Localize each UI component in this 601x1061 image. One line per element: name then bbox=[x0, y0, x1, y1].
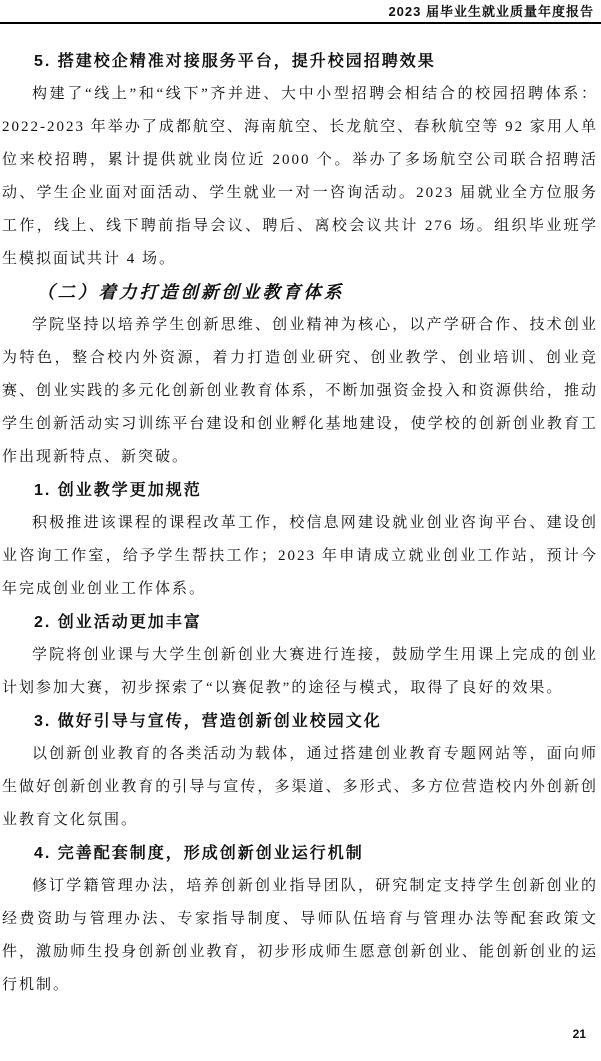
section-heading-innovation-education: （二）着力打造创新创业教育体系 bbox=[2, 276, 598, 309]
paragraph-competition-link: 学院将创业课与大学生创新创业大赛进行连接，鼓励学生用课上完成的创业计划参加大赛，… bbox=[2, 639, 598, 705]
header-title: 2023 届毕业生就业质量年度报告 bbox=[388, 4, 594, 19]
document-content: 5. 搭建校企精准对接服务平台，提升校园招聘效果 构建了“线上”和“线下”齐并进… bbox=[2, 45, 598, 1002]
heading-3-guidance-publicity: 3. 做好引导与宣传，营造创新创业校园文化 bbox=[2, 705, 598, 738]
page-number: 21 bbox=[573, 1027, 586, 1041]
page-footer: 21 bbox=[573, 1027, 586, 1041]
heading-5-campus-recruitment: 5. 搭建校企精准对接服务平台，提升校园招聘效果 bbox=[2, 45, 598, 78]
document-page: 2023 届毕业生就业质量年度报告 5. 搭建校企精准对接服务平台，提升校园招聘… bbox=[0, 0, 601, 1061]
paragraph-recruitment-system: 构建了“线上”和“线下”齐并进、大中小型招聘会相结合的校园招聘体系：2022-2… bbox=[2, 78, 598, 276]
heading-4-supporting-system: 4. 完善配套制度，形成创新创业运行机制 bbox=[2, 837, 598, 870]
heading-2-activities-richer: 2. 创业活动更加丰富 bbox=[2, 606, 598, 639]
paragraph-teaching-reform: 积极推进该课程的课程改革工作，校信息网建设就业创业咨询平台、建设创业咨询工作室，… bbox=[2, 507, 598, 606]
page-header: 2023 届毕业生就业质量年度报告 bbox=[0, 4, 594, 20]
paragraph-innovation-overview: 学院坚持以培养学生创新思维、创业精神为核心，以产学研合作、技术创业为特色，整合校… bbox=[2, 309, 598, 474]
paragraph-campus-culture: 以创新创业教育的各类活动为载体，通过搭建创业教育专题网站等，面向师生做好创新创业… bbox=[2, 738, 598, 837]
heading-1-teaching-standard: 1. 创业教学更加规范 bbox=[2, 474, 598, 507]
header-divider bbox=[0, 22, 601, 24]
paragraph-operation-mechanism: 修订学籍管理办法，培养创新创业指导团队，研究制定支持学生创新创业的经费资助与管理… bbox=[2, 870, 598, 1002]
